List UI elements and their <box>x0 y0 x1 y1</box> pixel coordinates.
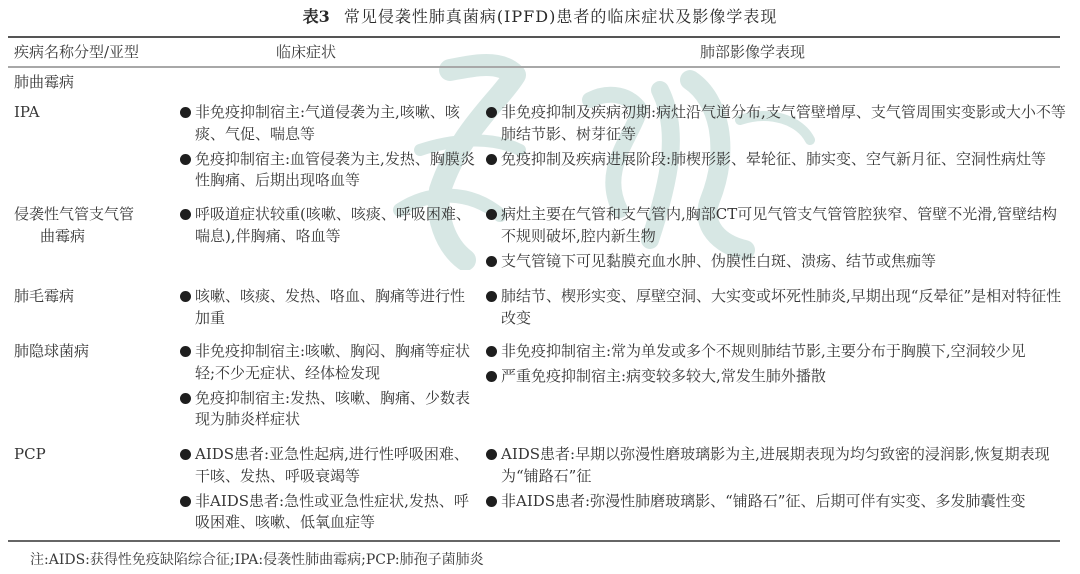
row-mucor-imaging: 肺结节、楔形实变、厚壁空洞、大实变或坏死性肺炎,早期出现“反晕征”是相对特征性改… <box>486 286 1066 330</box>
imaging-item: 免疫抑制及疾病进展阶段:肺楔形影、晕轮征、肺实变、空气新月征、空洞性病灶等 <box>486 149 1066 171</box>
row-pcp-name: PCP <box>14 444 179 466</box>
clinical-item: 非免疫抑制宿主:气道侵袭为主,咳嗽、咳痰、气促、喘息等 <box>180 102 475 146</box>
row-mucor-clinical: 咳嗽、咳痰、发热、咯血、胸痛等进行性加重 <box>180 286 475 330</box>
header-clinical: 临床症状 <box>276 41 336 63</box>
row-ipa-imaging: 非免疫抑制及疾病初期:病灶沿气道分布,支气管壁增厚、支气管周围实变影或大小不等肺… <box>486 102 1066 170</box>
row-crypto-name: 肺隐球菌病 <box>14 341 179 363</box>
row-crypto-imaging: 非免疫抑制宿主:常为单发或多个不规则肺结节影,主要分布于胸膜下,空洞较少见 严重… <box>486 341 1066 388</box>
bullet-icon <box>486 449 497 460</box>
row-mucor-name: 肺毛霉病 <box>14 286 179 308</box>
clinical-item: 非AIDS患者:急性或亚急性症状,发热、呼吸困难、咳嗽、低氧血症等 <box>180 491 475 535</box>
header-disease: 疾病名称分型/亚型 <box>14 41 139 63</box>
bullet-icon <box>486 256 497 267</box>
clinical-item: 非免疫抑制宿主:咳嗽、胸闷、胸痛等症状轻;不少无症状、经体检发现 <box>180 341 475 385</box>
bullet-icon <box>180 346 191 357</box>
imaging-item: 非AIDS患者:弥漫性肺磨玻璃影、“铺路石”征、后期可伴有实变、多发肺囊性变 <box>486 491 1066 513</box>
disease-name: PCP <box>14 445 46 463</box>
disease-name: 侵袭性气管支气管 <box>14 205 134 223</box>
bullet-icon <box>180 496 191 507</box>
table-number: 表3 <box>303 7 330 26</box>
imaging-item: 病灶主要在气管和支气管内,胸部CT可见气管支气管管腔狭窄、管壁不光滑,管壁结构不… <box>486 204 1066 248</box>
header-imaging: 肺部影像学表现 <box>700 41 805 63</box>
bullet-icon <box>486 291 497 302</box>
table-title: 常见侵袭性肺真菌病(IPFD)患者的临床症状及影像学表现 <box>344 7 778 26</box>
imaging-item: 支气管镜下可见黏膜充血水肿、伪膜性白斑、溃疡、结节或焦痂等 <box>486 251 1066 273</box>
bullet-icon <box>486 346 497 357</box>
bullet-icon <box>486 154 497 165</box>
imaging-item: 严重免疫抑制宿主:病变较多较大,常发生肺外播散 <box>486 366 1066 388</box>
table-footnote: 注:AIDS:获得性免疫缺陷综合征;IPA:侵袭性肺曲霉病;PCP:肺孢子菌肺炎 <box>30 549 484 571</box>
table-bottom-rule <box>8 540 1060 542</box>
clinical-item: 呼吸道症状较重(咳嗽、咳痰、呼吸困难、喘息),伴胸痛、咯血等 <box>180 204 475 248</box>
bullet-icon <box>486 371 497 382</box>
bullet-icon <box>180 291 191 302</box>
row-itba-clinical: 呼吸道症状较重(咳嗽、咳痰、呼吸困难、喘息),伴胸痛、咯血等 <box>180 204 475 248</box>
row-pcp-imaging: AIDS患者:早期以弥漫性磨玻璃影为主,进展期表现为均匀致密的浸润影,恢复期表现… <box>486 444 1066 512</box>
row-ipa-name: IPA <box>14 102 179 124</box>
imaging-item: 非免疫抑制及疾病初期:病灶沿气道分布,支气管壁增厚、支气管周围实变影或大小不等肺… <box>486 102 1066 146</box>
bullet-icon <box>486 107 497 118</box>
disease-name: 肺隐球菌病 <box>14 342 89 360</box>
row-itba-imaging: 病灶主要在气管和支气管内,胸部CT可见气管支气管管腔狭窄、管壁不光滑,管壁结构不… <box>486 204 1066 272</box>
bullet-icon <box>180 449 191 460</box>
bullet-icon <box>180 154 191 165</box>
imaging-item: AIDS患者:早期以弥漫性磨玻璃影为主,进展期表现为均匀致密的浸润影,恢复期表现… <box>486 444 1066 488</box>
clinical-item: 免疫抑制宿主:发热、咳嗽、胸痛、少数表现为肺炎样症状 <box>180 388 475 432</box>
imaging-item: 肺结节、楔形实变、厚壁空洞、大实变或坏死性肺炎,早期出现“反晕征”是相对特征性改… <box>486 286 1066 330</box>
table-caption: 表3常见侵袭性肺真菌病(IPFD)患者的临床症状及影像学表现 <box>0 5 1080 29</box>
disease-name: 肺毛霉病 <box>14 287 74 305</box>
row-itba-name: 侵袭性气管支气管 曲霉病 <box>14 204 179 248</box>
bullet-icon <box>180 107 191 118</box>
clinical-item: AIDS患者:亚急性起病,进行性呼吸困难、干咳、发热、呼吸衰竭等 <box>180 444 475 488</box>
imaging-item: 非免疫抑制宿主:常为单发或多个不规则肺结节影,主要分布于胸膜下,空洞较少见 <box>486 341 1066 363</box>
clinical-item: 免疫抑制宿主:血管侵袭为主,发热、胸膜炎性胸痛、后期出现咯血等 <box>180 149 475 193</box>
clinical-item: 咳嗽、咳痰、发热、咯血、胸痛等进行性加重 <box>180 286 475 330</box>
table-top-rule <box>8 36 1060 38</box>
bullet-icon <box>486 496 497 507</box>
bullet-icon <box>180 393 191 404</box>
disease-name-continued: 曲霉病 <box>14 226 179 248</box>
disease-name: IPA <box>14 103 39 121</box>
bullet-icon <box>180 209 191 220</box>
row-ipa-clinical: 非免疫抑制宿主:气道侵袭为主,咳嗽、咳痰、气促、喘息等 免疫抑制宿主:血管侵袭为… <box>180 102 475 192</box>
table-header-rule <box>8 66 1060 68</box>
group-label-aspergillosis: 肺曲霉病 <box>14 72 179 94</box>
bullet-icon <box>486 209 497 220</box>
row-crypto-clinical: 非免疫抑制宿主:咳嗽、胸闷、胸痛等症状轻;不少无症状、经体检发现 免疫抑制宿主:… <box>180 341 475 431</box>
row-pcp-clinical: AIDS患者:亚急性起病,进行性呼吸困难、干咳、发热、呼吸衰竭等 非AIDS患者… <box>180 444 475 534</box>
